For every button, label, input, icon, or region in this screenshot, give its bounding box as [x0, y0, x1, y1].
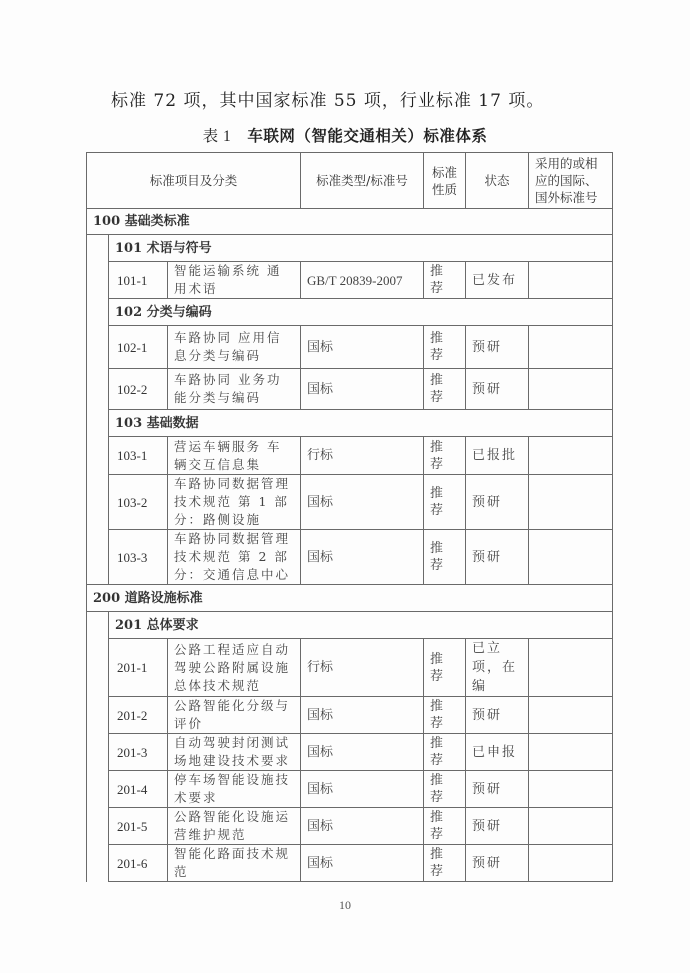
row-id: 103-1	[109, 437, 168, 475]
row-id: 201-6	[109, 845, 168, 882]
row-name: 停车场智能设施技术要求	[168, 771, 301, 808]
table-row: 201-2 公路智能化分级与评价 国标 推荐 预研	[87, 697, 613, 734]
intro-paragraph: 标准 72 项，其中国家标准 55 项，行业标准 17 项。	[111, 86, 544, 111]
subcategory-label: 101 术语与符号	[109, 235, 613, 262]
row-status: 已立项，在编	[466, 639, 529, 697]
row-status: 预研	[466, 530, 529, 585]
row-intl	[529, 639, 613, 697]
indent-cell	[87, 612, 109, 882]
row-status: 预研	[466, 326, 529, 369]
row-intl	[529, 697, 613, 734]
header-status: 状态	[466, 153, 529, 209]
table-title: 车联网（智能交通相关）标准体系	[247, 127, 487, 145]
row-nature: 推荐	[424, 771, 466, 808]
row-intl	[529, 326, 613, 369]
row-name: 智能化路面技术规范	[168, 845, 301, 882]
subcategory-row: 201 总体要求	[87, 612, 613, 639]
row-name: 公路智能化设施运营维护规范	[168, 808, 301, 845]
table-row: 201-1 公路工程适应自动驾驶公路附属设施总体技术规范 行标 推荐 已立项，在…	[87, 639, 613, 697]
row-status: 预研	[466, 697, 529, 734]
header-type: 标准类型/标准号	[301, 153, 424, 209]
row-nature: 推荐	[424, 697, 466, 734]
row-name: 车路协同数据管理技术规范 第 1 部分：路侧设施	[168, 475, 301, 530]
row-nature: 推荐	[424, 530, 466, 585]
row-name: 营运车辆服务 车辆交互信息集	[168, 437, 301, 475]
row-status: 预研	[466, 808, 529, 845]
category-row: 100 基础类标准	[87, 209, 613, 235]
row-id: 103-3	[109, 530, 168, 585]
standards-table: 标准项目及分类 标准类型/标准号 标准性质 状态 采用的或相应的国际、国外标准号…	[86, 152, 613, 882]
table-number: 表 1	[203, 128, 232, 145]
row-nature: 推荐	[424, 437, 466, 475]
table-row: 103-1 营运车辆服务 车辆交互信息集 行标 推荐 已报批	[87, 437, 613, 475]
category-row: 200 道路设施标准	[87, 585, 613, 612]
row-type: 国标	[301, 771, 424, 808]
row-id: 102-2	[109, 369, 168, 410]
row-intl	[529, 369, 613, 410]
row-type: 国标	[301, 808, 424, 845]
row-type: 国标	[301, 734, 424, 771]
row-status: 预研	[466, 475, 529, 530]
row-intl	[529, 437, 613, 475]
row-id: 201-5	[109, 808, 168, 845]
header-intl: 采用的或相应的国际、国外标准号	[529, 153, 613, 209]
row-id: 201-2	[109, 697, 168, 734]
subcategory-label: 103 基础数据	[109, 410, 613, 437]
row-intl	[529, 734, 613, 771]
page-number: 10	[0, 898, 690, 913]
row-id: 201-1	[109, 639, 168, 697]
table-header-row: 标准项目及分类 标准类型/标准号 标准性质 状态 采用的或相应的国际、国外标准号	[87, 153, 613, 209]
row-name: 车路协同 应用信息分类与编码	[168, 326, 301, 369]
table-row: 103-2 车路协同数据管理技术规范 第 1 部分：路侧设施 国标 推荐 预研	[87, 475, 613, 530]
subcategory-row: 101 术语与符号	[87, 235, 613, 262]
subcategory-row: 103 基础数据	[87, 410, 613, 437]
row-nature: 推荐	[424, 639, 466, 697]
row-nature: 推荐	[424, 734, 466, 771]
row-nature: 推荐	[424, 369, 466, 410]
row-intl	[529, 771, 613, 808]
row-status: 预研	[466, 845, 529, 882]
row-nature: 推荐	[424, 845, 466, 882]
row-intl	[529, 475, 613, 530]
row-intl	[529, 262, 613, 299]
row-type: 国标	[301, 326, 424, 369]
category-label: 100 基础类标准	[87, 209, 613, 235]
table-caption: 表 1车联网（智能交通相关）标准体系	[0, 124, 690, 146]
row-type: 国标	[301, 369, 424, 410]
table-row: 103-3 车路协同数据管理技术规范 第 2 部分：交通信息中心 国标 推荐 预…	[87, 530, 613, 585]
table-row: 102-1 车路协同 应用信息分类与编码 国标 推荐 预研	[87, 326, 613, 369]
indent-cell	[87, 235, 109, 585]
row-intl	[529, 530, 613, 585]
row-type: 国标	[301, 845, 424, 882]
row-name: 车路协同 业务功能分类与编码	[168, 369, 301, 410]
row-id: 201-4	[109, 771, 168, 808]
row-nature: 推荐	[424, 262, 466, 299]
category-label: 200 道路设施标准	[87, 585, 613, 612]
header-item: 标准项目及分类	[87, 153, 301, 209]
row-status: 预研	[466, 369, 529, 410]
row-name: 自动驾驶封闭测试场地建设技术要求	[168, 734, 301, 771]
row-intl	[529, 808, 613, 845]
subcategory-row: 102 分类与编码	[87, 299, 613, 326]
row-id: 103-2	[109, 475, 168, 530]
table-row: 101-1 智能运输系统 通用术语 GB/T 20839-2007 推荐 已发布	[87, 262, 613, 299]
row-intl	[529, 845, 613, 882]
row-type: 行标	[301, 437, 424, 475]
row-nature: 推荐	[424, 808, 466, 845]
row-id: 201-3	[109, 734, 168, 771]
subcategory-label: 201 总体要求	[109, 612, 613, 639]
row-type: GB/T 20839-2007	[301, 262, 424, 299]
row-name: 公路智能化分级与评价	[168, 697, 301, 734]
table-row: 201-6 智能化路面技术规范 国标 推荐 预研	[87, 845, 613, 882]
row-type: 国标	[301, 697, 424, 734]
row-type: 国标	[301, 530, 424, 585]
row-id: 101-1	[109, 262, 168, 299]
row-status: 已报批	[466, 437, 529, 475]
row-type: 国标	[301, 475, 424, 530]
row-id: 102-1	[109, 326, 168, 369]
row-status: 已申报	[466, 734, 529, 771]
row-status: 已发布	[466, 262, 529, 299]
header-nature: 标准性质	[424, 153, 466, 209]
row-nature: 推荐	[424, 326, 466, 369]
row-name: 公路工程适应自动驾驶公路附属设施总体技术规范	[168, 639, 301, 697]
subcategory-label: 102 分类与编码	[109, 299, 613, 326]
row-name: 车路协同数据管理技术规范 第 2 部分：交通信息中心	[168, 530, 301, 585]
table-row: 201-4 停车场智能设施技术要求 国标 推荐 预研	[87, 771, 613, 808]
table-row: 201-5 公路智能化设施运营维护规范 国标 推荐 预研	[87, 808, 613, 845]
table-row: 201-3 自动驾驶封闭测试场地建设技术要求 国标 推荐 已申报	[87, 734, 613, 771]
row-type: 行标	[301, 639, 424, 697]
table-row: 102-2 车路协同 业务功能分类与编码 国标 推荐 预研	[87, 369, 613, 410]
row-nature: 推荐	[424, 475, 466, 530]
row-status: 预研	[466, 771, 529, 808]
row-name: 智能运输系统 通用术语	[168, 262, 301, 299]
